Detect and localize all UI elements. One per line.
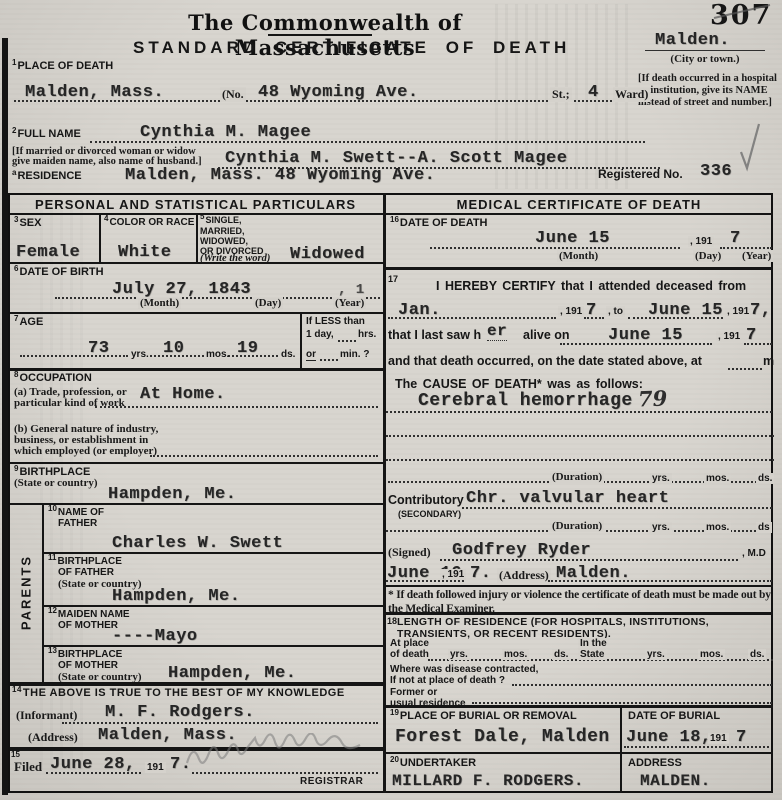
rule xyxy=(42,503,44,682)
hospital-note: [If death occurred in a hospital or inst… xyxy=(638,73,778,108)
rule xyxy=(385,585,773,587)
attended-to-value: June 15 xyxy=(648,301,723,320)
death-occurred-line: and that death occurred, on the date sta… xyxy=(388,354,702,368)
last-year-prefix: , 191 xyxy=(716,331,742,342)
field-number: 18 xyxy=(387,616,397,626)
mother-maiden-value: ----Mayo xyxy=(112,627,198,646)
label-text: DATE OF DEATH xyxy=(400,217,488,229)
right-section-header: MEDICAL CERTIFICATE OF DEATH xyxy=(385,197,773,212)
signed-value: Godfrey Ryder xyxy=(452,541,591,560)
signed-address-label: (Address) xyxy=(497,568,551,583)
label-text: PLACE OF DEATH xyxy=(17,60,113,72)
pen-stroke xyxy=(712,2,772,24)
date-of-death-value: June 15 xyxy=(535,229,610,248)
dod-year-prefix: , 191 xyxy=(688,236,714,247)
filed-year-prefix: 191 xyxy=(145,762,166,773)
informant-section-label: 14THE ABOVE IS TRUE TO THE BEST OF MY KN… xyxy=(12,687,345,699)
marital-value: Widowed xyxy=(290,245,365,264)
former-residence-label1: Former or xyxy=(390,687,437,698)
stray-mark: , 1 xyxy=(338,282,365,298)
dotted-line xyxy=(95,406,378,408)
rule xyxy=(385,752,773,754)
father-name-label: 10NAME OF xyxy=(48,507,104,518)
signed-address-value: Malden. xyxy=(556,564,631,583)
age-months-value: 10 xyxy=(163,339,184,358)
label-text: SINGLE, xyxy=(205,215,241,225)
dotted-line xyxy=(62,722,378,724)
full-name-label: 2FULL NAME xyxy=(12,128,81,140)
field-number: 7 xyxy=(14,314,18,323)
last-saw-er-value: er xyxy=(487,322,507,341)
no-label: (No. xyxy=(220,87,246,102)
field-number: 12 xyxy=(48,606,57,615)
rule xyxy=(300,312,302,368)
signed-year-value: 7. xyxy=(470,564,491,583)
dotted-line xyxy=(584,317,604,319)
contributory-label: Contributory xyxy=(388,493,464,507)
field-number: 4 xyxy=(104,214,108,223)
residence-value: Malden, Mass. 48 Wyoming Ave. xyxy=(125,166,435,185)
dotted-line xyxy=(720,247,772,249)
title-underline xyxy=(268,34,372,36)
age-days-value: 19 xyxy=(237,339,258,358)
field-number: 14 xyxy=(12,685,22,694)
to-label: , to xyxy=(606,306,625,317)
label-text: THE ABOVE IS TRUE TO THE BEST OF MY KNOW… xyxy=(23,687,345,699)
duration2-mos-label: mos. xyxy=(704,522,731,533)
label-text: SEX xyxy=(19,217,41,229)
label-text: MAIDEN NAME xyxy=(58,609,130,620)
father-birthplace-value: Hampden, Me. xyxy=(112,587,240,606)
disease-contracted-label2: If not at place of death ? xyxy=(390,675,505,686)
medical-examiner-note: * If death followed injury or violence t… xyxy=(388,589,772,616)
duration-ds-label: ds. xyxy=(756,473,774,484)
at-place-yrs: yrs. xyxy=(448,649,470,660)
undertaker-address-value: MALDEN. xyxy=(640,772,711,790)
sex-value: Female xyxy=(16,243,80,262)
rule xyxy=(10,368,383,371)
label-text: NAME OF xyxy=(58,507,104,518)
field-number: 20 xyxy=(390,755,399,764)
label-text: AGE xyxy=(19,316,43,328)
at-place-mos: mos. xyxy=(502,649,529,660)
burial-label: 19PLACE OF BURIAL OR REMOVAL xyxy=(390,710,577,722)
signed-label: (Signed) xyxy=(388,545,431,560)
state-yrs: yrs. xyxy=(645,649,667,660)
informant-address-label: (Address) xyxy=(28,730,78,745)
date-of-birth-value: July 27, 1843 xyxy=(112,280,251,299)
state-ds: ds. xyxy=(748,649,766,660)
dotted-line xyxy=(320,359,338,361)
cause-code-handwritten: 79 xyxy=(638,385,668,411)
rule xyxy=(10,462,383,464)
birthplace-sub-label: (State or country) xyxy=(14,477,98,489)
field-number: 15 xyxy=(11,750,20,759)
label-text: WIDOWED, xyxy=(200,236,248,246)
color-race-value: White xyxy=(118,243,172,262)
registered-no-label: Registered No. xyxy=(598,167,683,181)
residence-label: aRESIDENCE xyxy=(12,170,82,182)
duration-label: (Duration) xyxy=(550,471,604,483)
label-text: BIRTHPLACE xyxy=(58,649,122,660)
duration-mos-label: mos. xyxy=(704,473,731,484)
informant-value: M. F. Rodgers. xyxy=(105,703,255,722)
dotted-line xyxy=(512,684,772,686)
field-number: 9 xyxy=(14,464,18,473)
label-text: BIRTHPLACE xyxy=(57,556,121,567)
dotted-line xyxy=(338,340,356,342)
ward-value: 4 xyxy=(588,83,599,102)
mother-birthplace-label2: OF MOTHER xyxy=(58,660,118,671)
signed-year-prefix: , 191 xyxy=(440,569,466,580)
duration2-yrs-label: yrs. xyxy=(650,522,672,533)
dotted-line xyxy=(386,459,774,461)
last-saw-value: June 15 xyxy=(608,326,683,345)
field-number: 19 xyxy=(390,708,399,717)
dotted-line xyxy=(386,411,772,413)
label-text: RESIDENCE xyxy=(17,170,81,182)
to-year-value: 7, xyxy=(750,301,771,320)
birthplace-value: Hampden, Me. xyxy=(108,485,236,504)
rule xyxy=(620,705,622,793)
contributory-value: Chr. valvular heart xyxy=(466,489,669,508)
city-value: Malden. xyxy=(655,31,730,50)
dod-month-label: (Month) xyxy=(557,250,600,262)
death-certificate-scan: The Commonwealth of Massachusetts 307 ST… xyxy=(0,0,782,800)
rule xyxy=(385,267,773,270)
age-label: 7AGE xyxy=(14,316,43,328)
certificate-title: STANDARD CERTIFICATE OF DEATH xyxy=(133,38,533,58)
label-text: UNDERTAKER xyxy=(400,757,476,769)
date-of-birth-label: 6DATE OF BIRTH xyxy=(14,266,104,278)
sex-label: 3SEX xyxy=(14,217,41,229)
attended-from-value: Jan. xyxy=(398,301,441,320)
if-less-than-label: If LESS than xyxy=(306,316,365,327)
mother-maiden-label2: OF MOTHER xyxy=(58,620,118,631)
secondary-label: (SECONDARY) xyxy=(398,509,461,519)
field-number: 2 xyxy=(12,126,16,135)
hrs-label: hrs. xyxy=(358,329,376,340)
at-place-label2: of death xyxy=(390,649,429,660)
dotted-line xyxy=(744,343,772,345)
occupation-value: At Home. xyxy=(140,385,226,404)
city-underline xyxy=(645,50,765,51)
label-text: FULL NAME xyxy=(17,128,80,140)
death-occurred-unit: m xyxy=(763,354,774,368)
occupation-label: 8OCCUPATION xyxy=(14,372,92,384)
duration2-label: (Duration) xyxy=(550,520,604,532)
registrar-signature xyxy=(182,733,382,778)
mos-label: mos. xyxy=(206,349,229,360)
former-residence-label2: usual residence xyxy=(390,698,466,709)
residence-length-number: 18 xyxy=(387,616,397,626)
mother-maiden-label: 12MAIDEN NAME xyxy=(48,609,130,620)
date-of-burial-label: DATE OF BURIAL xyxy=(628,710,720,722)
label-text: MARRIED, xyxy=(200,226,245,236)
burial-value: Forest Dale, Malden xyxy=(395,727,610,747)
to-year-prefix: , 191 xyxy=(725,306,751,317)
rule xyxy=(99,213,101,262)
dod-day-label: (Day) xyxy=(693,250,723,262)
father-name-value: Charles W. Swett xyxy=(112,534,283,553)
rule xyxy=(10,312,383,314)
duration-yrs-label: yrs. xyxy=(650,473,672,484)
ds-label: ds. xyxy=(281,349,295,360)
certify-field-number: 17 xyxy=(388,274,398,284)
label-text: OCCUPATION xyxy=(19,372,91,384)
date-of-burial-value: June 18, xyxy=(626,728,712,747)
label-text: COLOR OR RACE xyxy=(109,217,194,228)
page-number: 307 xyxy=(710,0,772,31)
pencil-checkmark xyxy=(733,118,767,176)
field-number: 10 xyxy=(48,504,57,513)
field-number: 6 xyxy=(14,264,18,273)
dotted-line xyxy=(386,435,774,437)
day-label: (Day) xyxy=(253,297,283,309)
father-birthplace-label2: OF FATHER xyxy=(58,567,114,578)
filed-field-number: 15 xyxy=(11,750,20,759)
rule xyxy=(42,645,383,647)
dotted-line xyxy=(20,355,128,357)
write-the-word-label: (Write the word) xyxy=(200,253,270,264)
mother-birthplace-value: Hampden, Me. xyxy=(168,664,296,683)
burial-year-value: 7 xyxy=(736,728,747,747)
at-place-ds: ds. xyxy=(552,649,570,660)
full-name-value: Cynthia M. Magee xyxy=(140,123,311,142)
label-text: PLACE OF BURIAL OR REMOVAL xyxy=(400,710,577,722)
last-saw-pre: that I last saw h xyxy=(388,328,481,342)
one-day-label: 1 day, xyxy=(306,329,334,340)
date-of-death-label: 16DATE OF DEATH xyxy=(390,217,488,229)
informant-label: (Informant) xyxy=(16,708,77,723)
column-divider xyxy=(383,193,386,793)
field-number: 17 xyxy=(388,274,398,284)
field-number: a xyxy=(12,168,16,177)
father-birthplace-label: 11BIRTHPLACE xyxy=(48,556,122,567)
field-number: 3 xyxy=(14,215,18,224)
registered-no-value: 336 xyxy=(700,162,732,181)
field-number: 11 xyxy=(48,553,56,562)
st-label: St.; xyxy=(550,87,572,102)
from-year-prefix: , 191 xyxy=(558,306,584,317)
mother-birthplace-label: 13BIRTHPLACE xyxy=(48,649,122,660)
md-label: , M.D xyxy=(742,548,766,559)
last-saw-mid: alive on xyxy=(523,328,570,342)
filed-date-value: June 28, xyxy=(50,755,136,774)
label-text: DATE OF BIRTH xyxy=(19,266,103,278)
cause-of-death-label: The CAUSE OF DEATH* was as follows: xyxy=(395,377,643,391)
year-label: (Year) xyxy=(333,297,366,309)
left-section-header: PERSONAL AND STATISTICAL PARTICULARS xyxy=(8,197,383,212)
dotted-line xyxy=(150,455,378,457)
field-number: 16 xyxy=(390,215,399,224)
dotted-line xyxy=(386,580,464,582)
place-of-death-value: Malden, Mass. xyxy=(25,83,164,102)
rule xyxy=(196,213,198,262)
dotted-line xyxy=(472,702,772,704)
occupation-b-line3: which employed (or employer) xyxy=(14,445,157,457)
duration2-ds-label: ds xyxy=(756,522,772,533)
or-label: or xyxy=(306,349,316,361)
in-the-label1: In the xyxy=(578,638,609,649)
ward-label: Ward) xyxy=(613,87,650,102)
field-number: 1 xyxy=(12,58,16,67)
field-number: 5 xyxy=(200,212,204,221)
parents-vertical-label: PARENTS xyxy=(19,553,34,633)
color-race-label: 4COLOR OR RACE xyxy=(104,217,194,228)
field-number: 13 xyxy=(48,646,57,655)
burial-year-prefix: 191 xyxy=(708,733,729,744)
street-value: 48 Wyoming Ave. xyxy=(258,83,419,102)
min-label: min. ? xyxy=(340,349,369,360)
filed-label: Filed xyxy=(14,759,42,775)
mother-birthplace-sub: (State or country) xyxy=(58,671,142,683)
yrs-label: yrs. xyxy=(131,349,149,360)
undertaker-value: MILLARD F. RODGERS. xyxy=(392,772,584,790)
age-years-value: 73 xyxy=(88,339,109,358)
field-number: 8 xyxy=(14,370,18,379)
city-label: (City or town.) xyxy=(645,53,765,65)
dod-year-value: 7 xyxy=(730,229,741,248)
dotted-line xyxy=(728,368,762,370)
certify-line1: I HEREBY CERTIFY that I attended decease… xyxy=(436,279,746,293)
undertaker-address-label: ADDRESS xyxy=(628,757,682,769)
dod-year-label: (Year) xyxy=(740,250,773,262)
undertaker-label: 20UNDERTAKER xyxy=(390,757,476,769)
disease-contracted-label1: Where was disease contracted, xyxy=(390,664,538,675)
father-name-label2: FATHER xyxy=(58,518,97,529)
month-label: (Month) xyxy=(138,297,181,309)
in-the-label2: State xyxy=(578,649,606,660)
at-place-label1: At place xyxy=(390,638,429,649)
state-mos: mos. xyxy=(698,649,725,660)
rule xyxy=(385,213,773,215)
place-of-death-label: 1PLACE OF DEATH xyxy=(12,60,113,72)
registrar-label: REGISTRAR xyxy=(300,776,363,787)
cause-of-death-value: Cerebral hemorrhage xyxy=(418,391,633,411)
